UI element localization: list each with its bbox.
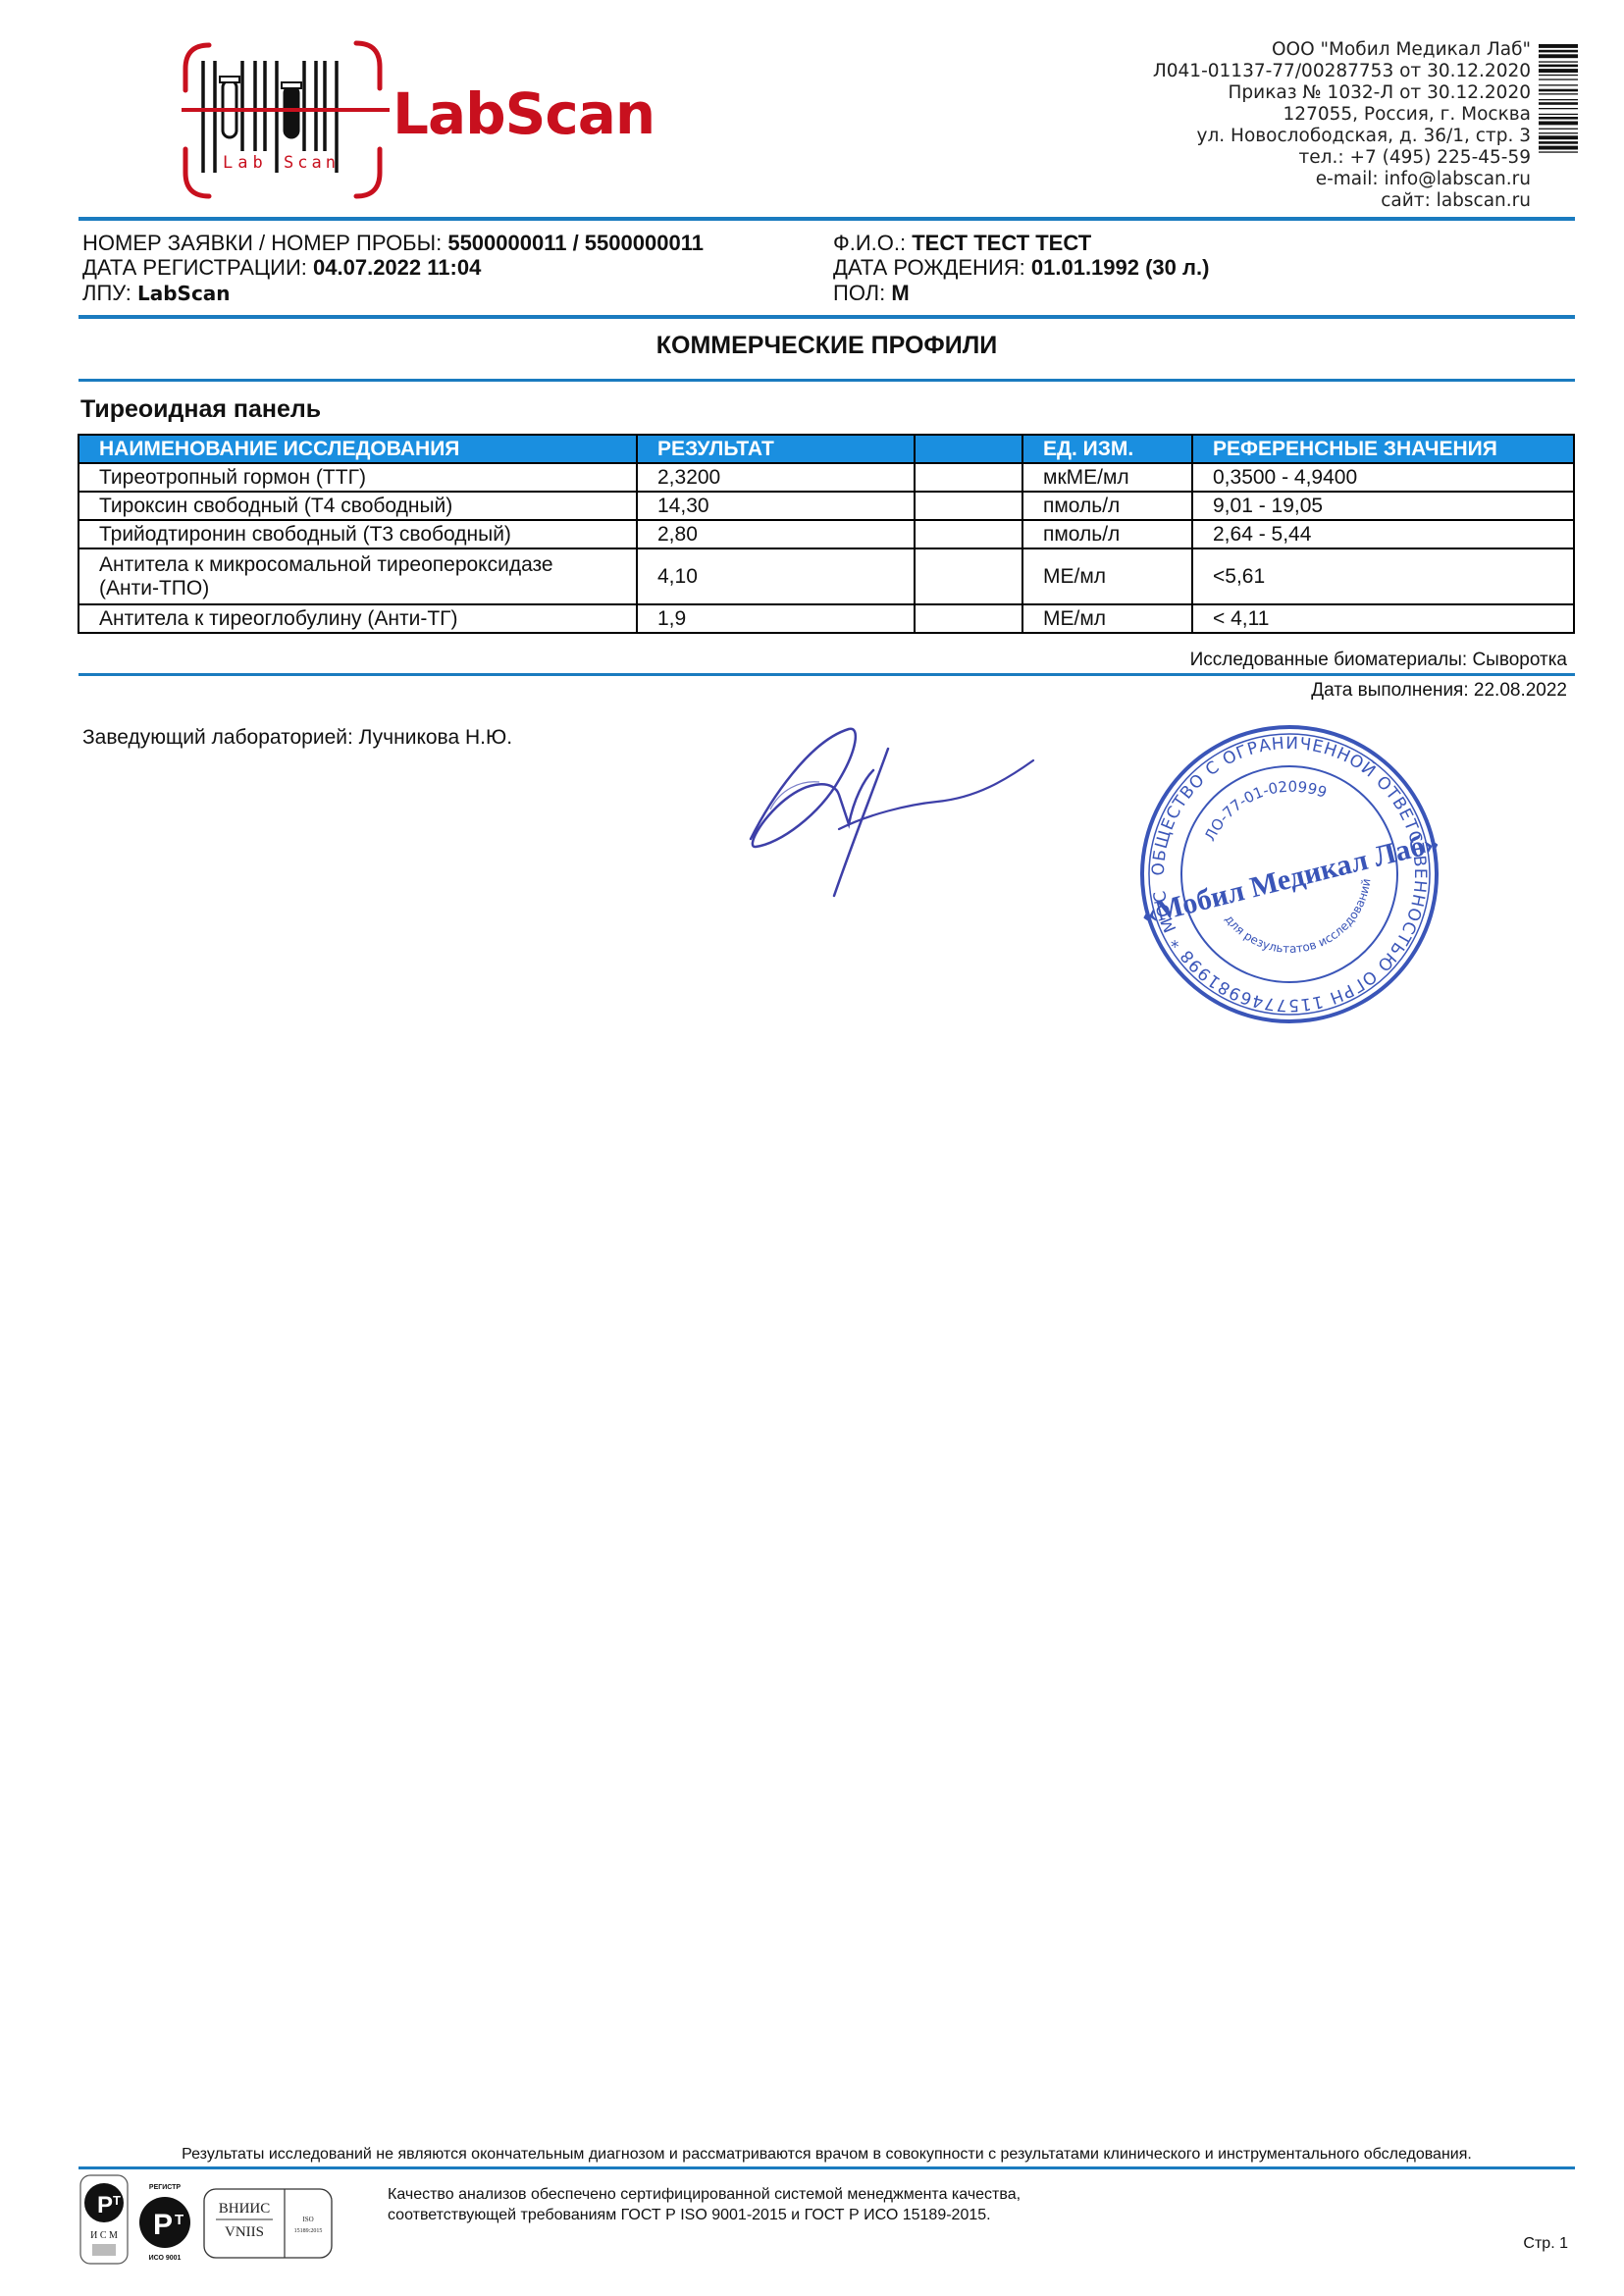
test-name: Тироксин свободный (Т4 свободный) [79,492,637,520]
order-number-value: 5500000011 / 5500000011 [447,231,704,255]
table-row: Тироксин свободный (Т4 свободный) 14,30 … [79,492,1574,520]
rst-ism-icon: P T И С М [80,2175,128,2264]
logo-sub-scan: Scan [284,153,340,173]
svg-text:VNIIS: VNIIS [225,2224,264,2240]
company-city: 127055, Россия, г. Москва [1021,104,1531,126]
patient-name-line: Ф.И.О.: ТЕСТ ТЕСТ ТЕСТ [833,231,1091,256]
svg-text:P: P [97,2192,113,2218]
company-email: e-mail: info@labscan.ru [1021,169,1531,190]
svg-text:15189:2015: 15189:2015 [294,2228,323,2234]
svg-text:T: T [113,2193,121,2208]
test-name: Антитела к тиреоглобулину (Анти-ТГ) [79,604,637,633]
test-result: 4,10 [637,548,915,604]
test-unit: мкМЕ/мл [1022,463,1192,492]
test-result: 14,30 [637,492,915,520]
company-name: ООО "Мобил Медикал Лаб" [1021,39,1531,61]
table-header-row: НАИМЕНОВАНИЕ ИССЛЕДОВАНИЯ РЕЗУЛЬТАТ ЕД. … [79,435,1574,463]
company-website: сайт: labscan.ru [1021,190,1531,212]
column-header-result: РЕЗУЛЬТАТ [637,435,915,463]
birth-date-line: ДАТА РОЖДЕНИЯ: 01.01.1992 (30 л.) [833,255,1209,281]
header-divider [79,217,1575,221]
registration-date-label: ДАТА РЕГИСТРАЦИИ: [82,255,307,280]
company-license: Л041-01137-77/00287753 от 30.12.2020 [1021,61,1531,82]
results-table: НАИМЕНОВАНИЕ ИССЛЕДОВАНИЯ РЕЗУЛЬТАТ ЕД. … [78,434,1575,634]
test-name: Антитела к микросомальной тиреопероксида… [79,548,637,604]
labscan-logo: Lab Scan LabScan [182,39,653,201]
footer-divider [79,2166,1575,2169]
logo-sub-lab: Lab [223,153,268,173]
company-info: ООО "Мобил Медикал Лаб" Л041-01137-77/00… [1021,39,1531,212]
table-row: Тиреотропный гормон (ТТГ) 2,3200 мкМЕ/мл… [79,463,1574,492]
column-header-flag [915,435,1022,463]
stamp-license: ЛО-77-01-020999 [1194,771,1335,846]
vniis-icon: ВНИИС VNIIS ISO 15189:2015 [204,2189,332,2258]
svg-text:P: P [153,2209,173,2241]
completion-date: Дата выполнения: 22.08.2022 [1311,680,1567,702]
test-flag [915,463,1022,492]
panel-title: Тиреоидная панель [80,395,321,424]
test-name: Трийодтиронин свободный (Т3 свободный) [79,520,637,548]
company-phone: тел.: +7 (495) 225-45-59 [1021,147,1531,169]
svg-text:И С М: И С М [90,2230,118,2241]
sex-value: М [891,281,909,305]
test-reference: <5,61 [1192,548,1574,604]
test-unit: пмоль/л [1022,520,1192,548]
company-street: ул. Новослободская, д. 36/1, стр. 3 [1021,126,1531,147]
test-result: 2,80 [637,520,915,548]
disclaimer: Результаты исследований не являются окон… [79,2146,1575,2164]
biomaterial-note: Исследованные биоматериалы: Сыворотка [1190,650,1567,671]
registration-date-value: 04.07.2022 11:04 [313,255,481,280]
test-result: 1,9 [637,604,915,633]
svg-text:ИСО 9001: ИСО 9001 [149,2255,182,2262]
sex-line: ПОЛ: М [833,281,910,306]
test-reference: < 4,11 [1192,604,1574,633]
registration-date-line: ДАТА РЕГИСТРАЦИИ: 04.07.2022 11:04 [82,255,481,281]
patient-divider [79,315,1575,319]
rst-registr-icon: РЕГИСТР P T ИСО 9001 [139,2184,190,2262]
company-stamp-icon: ОБЩЕСТВО С ОГРАНИЧЕННОЙ ОТВЕТСТВЕННОСТЬЮ… [1136,721,1442,1027]
svg-text:ЛО-77-01-020999: ЛО-77-01-020999 [1194,771,1335,846]
test-unit: МЕ/мл [1022,548,1192,604]
test-flag [915,520,1022,548]
birth-date-label: ДАТА РОЖДЕНИЯ: [833,255,1025,280]
certification-logos: P T И С М РЕГИСТР P T ИСО 9001 ВНИИС VNI… [79,2173,393,2267]
test-flag [915,548,1022,604]
page-number: Стр. 1 [1523,2235,1568,2253]
test-unit: пмоль/л [1022,492,1192,520]
quality-line-1: Качество анализов обеспечено сертифициро… [388,2184,1021,2205]
lpu-line: ЛПУ: LabScan [82,281,231,306]
company-order: Приказ № 1032-Л от 30.12.2020 [1021,82,1531,104]
svg-text:T: T [175,2212,183,2228]
barcode-tubes-icon [182,39,397,201]
birth-date-value: 01.01.1992 (30 л.) [1031,255,1210,280]
sex-label: ПОЛ: [833,281,885,305]
table-row: Трийодтиронин свободный (Т3 свободный) 2… [79,520,1574,548]
order-number-line: НОМЕР ЗАЯВКИ / НОМЕР ПРОБЫ: 5500000011 /… [82,231,704,256]
svg-text:ISO: ISO [302,2216,313,2223]
test-reference: 9,01 - 19,05 [1192,492,1574,520]
barcode-icon [1539,44,1578,219]
column-header-reference: РЕФЕРЕНСНЫЕ ЗНАЧЕНИЯ [1192,435,1574,463]
column-header-test-name: НАИМЕНОВАНИЕ ИССЛЕДОВАНИЯ [79,435,637,463]
svg-text:РЕГИСТР: РЕГИСТР [149,2184,181,2191]
test-flag [915,492,1022,520]
quality-statement: Качество анализов обеспечено сертифициро… [388,2184,1021,2225]
lpu-value: LabScan [137,282,231,305]
test-unit: МЕ/мл [1022,604,1192,633]
svg-text:ВНИИС: ВНИИС [219,2201,271,2217]
table-row: Антитела к тиреоглобулину (Анти-ТГ) 1,9 … [79,604,1574,633]
table-divider [79,673,1575,676]
test-reference: 0,3500 - 4,9400 [1192,463,1574,492]
document-title: КОММЕРЧЕСКИЕ ПРОФИЛИ [79,332,1575,360]
logo-wordmark: LabScan [393,80,655,147]
head-of-lab: Заведующий лабораторией: Лучникова Н.Ю. [82,726,512,750]
column-header-unit: ЕД. ИЗМ. [1022,435,1192,463]
signature-icon [741,721,1045,908]
test-flag [915,604,1022,633]
patient-name-label: Ф.И.О.: [833,231,906,255]
test-name: Тиреотропный гормон (ТТГ) [79,463,637,492]
lpu-label: ЛПУ: [82,281,131,305]
title-divider [79,379,1575,382]
patient-name-value: ТЕСТ ТЕСТ ТЕСТ [912,231,1091,255]
quality-line-2: соответствующей требованиям ГОСТ Р ISO 9… [388,2205,1021,2225]
order-number-label: НОМЕР ЗАЯВКИ / НОМЕР ПРОБЫ: [82,231,442,255]
test-result: 2,3200 [637,463,915,492]
table-row: Антитела к микросомальной тиреопероксида… [79,548,1574,604]
test-reference: 2,64 - 5,44 [1192,520,1574,548]
